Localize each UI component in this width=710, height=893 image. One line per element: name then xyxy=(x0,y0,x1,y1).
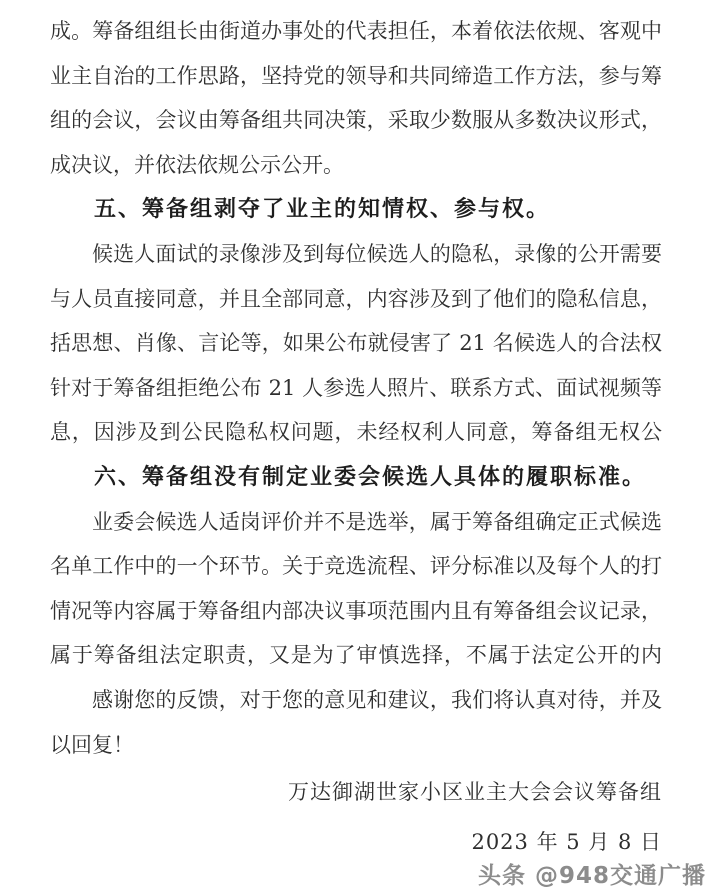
body-line: 情况等内容属于筹备组内部决议事项范围内且有筹备组会议记录，既 xyxy=(50,589,662,634)
body-line: 成决议，并依法依规公示公开。 xyxy=(50,143,662,188)
body-line: 成。筹备组组长由街道办事处的代表担任，本着依法依规、客观中立、 xyxy=(50,9,662,54)
body-line: 息，因涉及到公民隐私权问题，未经权利人同意，筹备组无权公布。 xyxy=(50,410,662,455)
body-line: 感谢您的反馈，对于您的意见和建议，我们将认真对待，并及时予 xyxy=(50,678,662,723)
body-line: 以回复！ xyxy=(50,723,662,768)
section-heading-five: 五、筹备组剥夺了业主的知情权、参与权。 xyxy=(50,187,662,232)
body-line: 候选人面试的录像涉及到每位候选人的隐私，录像的公开需要参 xyxy=(50,232,662,277)
body-line: 组的会议，会议由筹备组共同决策，采取少数服从多数决议形式，形 xyxy=(50,98,662,143)
body-line: 与人员直接同意，并且全部同意，内容涉及到了他们的隐私信息，包 xyxy=(50,277,662,322)
body-line: 名单工作中的一个环节。关于竞选流程、评分标准以及每个人的打分 xyxy=(50,544,662,589)
letter-body: 成。筹备组组长由街道办事处的代表担任，本着依法依规、客观中立、 业主自治的工作思… xyxy=(0,0,710,867)
body-line: 括思想、肖像、言论等，如果公布就侵害了 21 名候选人的合法权益。 xyxy=(50,321,662,366)
body-line: 属于筹备组法定职责，又是为了审慎选择，不属于法定公开的内容。 xyxy=(50,633,662,678)
body-line: 业委会候选人适岗评价并不是选举，属于筹备组确定正式候选人 xyxy=(50,500,662,545)
body-line: 针对于筹备组拒绝公布 21 人参选人照片、联系方式、面试视频等信 xyxy=(50,366,662,411)
signature: 万达御湖世家小区业主大会会议筹备组 xyxy=(50,767,662,817)
watermark: 头条 @948交通广播 xyxy=(478,857,706,890)
section-heading-six: 六、筹备组没有制定业委会候选人具体的履职标准。 xyxy=(50,455,662,500)
body-line: 业主自治的工作思路，坚持党的领导和共同缔造工作方法，参与筹备 xyxy=(50,54,662,99)
document-page: 成。筹备组组长由街道办事处的代表担任，本着依法依规、客观中立、 业主自治的工作思… xyxy=(0,0,710,893)
